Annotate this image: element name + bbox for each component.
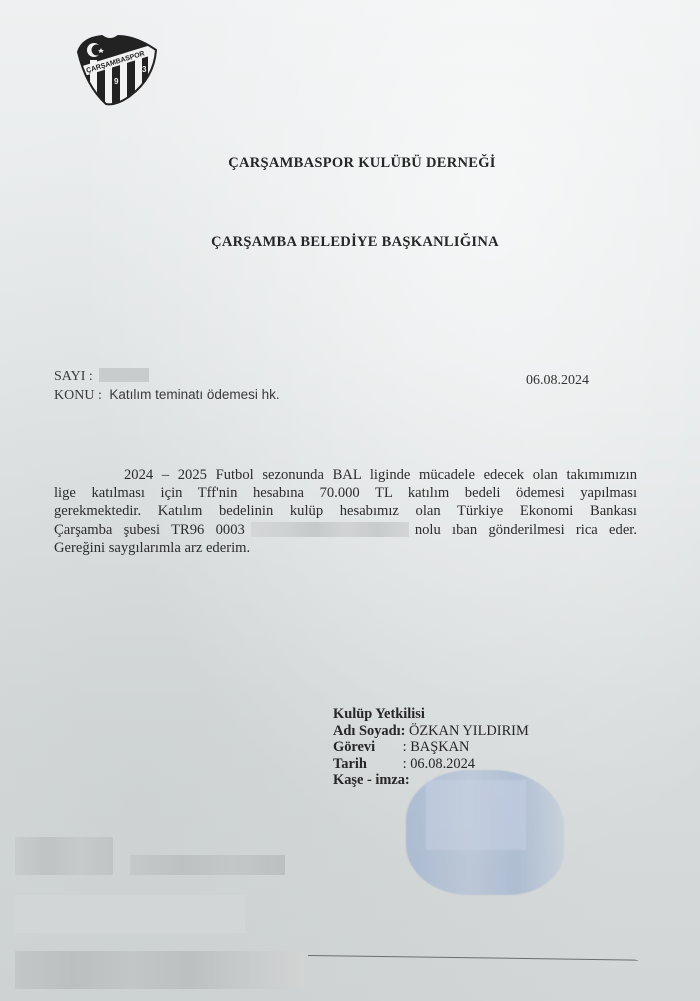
footer-redacted: [15, 951, 305, 989]
stamp-label: Kaşe - imza:: [333, 772, 410, 788]
name-label: Adı Soyadı:: [333, 723, 405, 739]
document-date: 06.08.2024: [526, 373, 589, 389]
stamp-redacted: [406, 770, 564, 895]
iban-suffix: nolu ıban gönderilmesi rica eder.: [415, 522, 637, 538]
role-value: : BAŞKAN: [403, 739, 470, 755]
konu-value: Katılım teminatı ödemesi hk.: [109, 387, 279, 402]
footer-redacted: [130, 855, 285, 875]
iban-prefix: Çarşamba şubesi TR96 0003: [54, 522, 245, 538]
date-value: : 06.08.2024: [403, 756, 475, 772]
konu-label: KONU :: [54, 388, 102, 403]
organization-heading: ÇARŞAMBASPOR KULÜBÜ DERNEĞİ: [12, 155, 700, 172]
reference-number: SAYI :: [54, 368, 149, 385]
body-line: gerekmektedir. Katılım bedelinin kulüp h…: [54, 502, 637, 520]
name-value: ÖZKAN YILDIRIM: [409, 723, 529, 739]
signature-line: [308, 955, 638, 961]
subject: KONU : Katılım teminatı ödemesi hk.: [54, 387, 280, 404]
sayi-label: SAYI :: [54, 369, 93, 384]
svg-text:1: 1: [100, 81, 105, 90]
body-line: 2024 – 2025 Futbol sezonunda BAL liginde…: [54, 466, 637, 484]
iban-redacted: [251, 522, 409, 537]
letter-body: 2024 – 2025 Futbol sezonunda BAL liginde…: [54, 466, 637, 557]
footer-redacted: [15, 895, 245, 933]
svg-text:9: 9: [114, 77, 119, 86]
iban-line: Çarşamba şubesi TR96 0003nolu ıban gönde…: [54, 521, 637, 539]
sayi-redacted: [99, 368, 149, 382]
recipient-heading: ÇARŞAMBA BELEDİYE BAŞKANLIĞINA: [5, 234, 700, 251]
body-line: lige katılması için Tff'nin hesabına 70.…: [54, 484, 637, 502]
signatory-title: Kulüp Yetkilisi: [333, 706, 425, 722]
footer-redacted: [15, 837, 113, 875]
svg-text:2: 2: [127, 71, 132, 80]
date-label: Tarih: [333, 756, 399, 773]
closing-line: Gereğini saygılarımla arz ederim.: [54, 539, 637, 557]
signature-block: Kulüp Yetkilisi Adı Soyadı: ÖZKAN YILDIR…: [333, 706, 529, 789]
role-label: Görevi: [333, 739, 399, 756]
club-logo: ÇARŞAMBASPOR 1 9 2 3: [72, 30, 160, 106]
svg-text:3: 3: [142, 65, 147, 74]
